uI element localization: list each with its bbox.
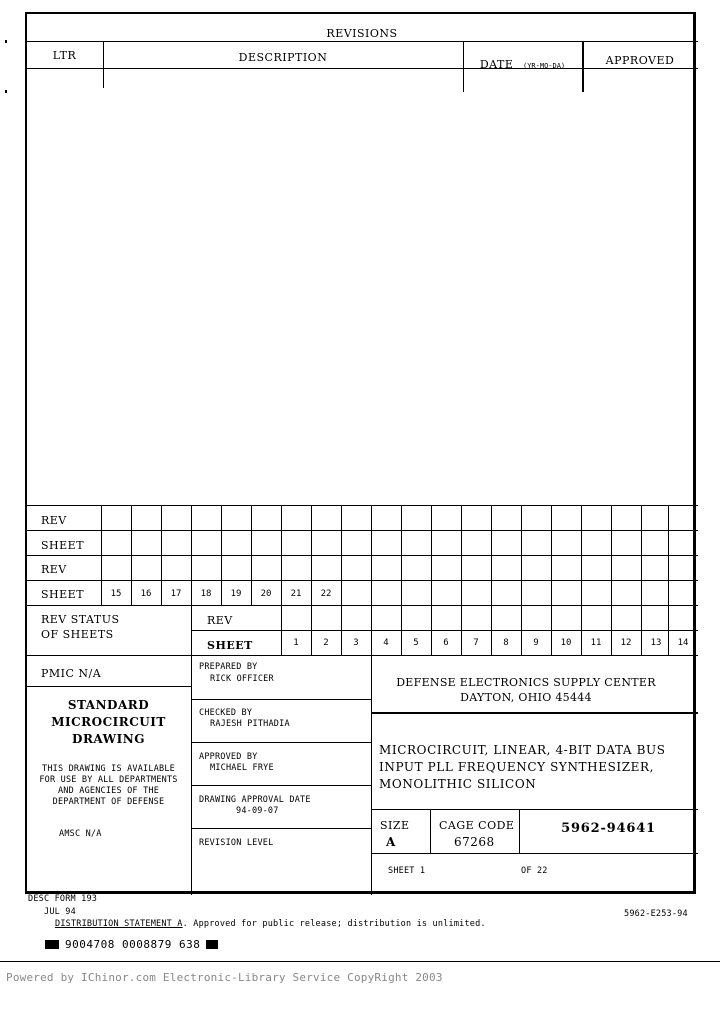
status-sheet-5: 5 bbox=[401, 638, 431, 648]
sheet-number-15: 15 bbox=[101, 589, 131, 599]
status-sheet-label: SHEET bbox=[207, 639, 253, 652]
description-divider bbox=[463, 42, 464, 92]
sheet-row-top bbox=[371, 853, 698, 854]
middle-divider bbox=[191, 785, 371, 786]
availability-line4: DEPARTMENT OF DEFENSE bbox=[26, 797, 191, 808]
drawing-title: MICROCIRCUIT, LINEAR, 4-BIT DATA BUS INP… bbox=[379, 742, 666, 793]
agency-line2: DAYTON, OHIO 45444 bbox=[371, 690, 681, 705]
cage-code-label: CAGE CODE bbox=[439, 819, 514, 832]
scan-mark bbox=[5, 40, 7, 43]
drawing-title-line2: INPUT PLL FREQUENCY SYNTHESIZER, bbox=[379, 759, 666, 776]
revisions-divider bbox=[26, 41, 698, 42]
standard-line2: MICROCIRCUIT bbox=[26, 714, 191, 731]
revision-level-label: REVISION LEVEL bbox=[199, 838, 273, 848]
status-sheet-2: 2 bbox=[311, 638, 341, 648]
sheet-number-22: 22 bbox=[311, 589, 341, 599]
rev-grid-line bbox=[26, 605, 698, 606]
status-sheet-12: 12 bbox=[611, 638, 641, 648]
sheet-number-16: 16 bbox=[131, 589, 161, 599]
agency-line1: DEFENSE ELECTRONICS SUPPLY CENTER bbox=[371, 675, 681, 690]
distribution-text: . Approved for public release; distribut… bbox=[183, 919, 486, 929]
grid-col-line bbox=[341, 505, 342, 655]
footer-separator bbox=[0, 961, 720, 962]
status-sheet-4: 4 bbox=[371, 638, 401, 648]
sheet-number-18: 18 bbox=[191, 589, 221, 599]
middle-divider bbox=[191, 699, 371, 700]
scan-mark bbox=[5, 90, 7, 93]
approval-date-label: DRAWING APPROVAL DATE bbox=[199, 795, 311, 805]
row-label-sheet-1: SHEET bbox=[41, 539, 84, 552]
sheet-number-17: 17 bbox=[161, 589, 191, 599]
grid-col-line bbox=[551, 505, 552, 655]
approved-by-label: APPROVED BY bbox=[199, 752, 258, 762]
grid-col-line bbox=[281, 505, 282, 655]
title-block-left-divider bbox=[191, 655, 192, 895]
status-sheet-10: 10 bbox=[551, 638, 581, 648]
grid-col-line bbox=[311, 505, 312, 655]
grid-col-line bbox=[611, 505, 612, 655]
sheet-number-21: 21 bbox=[281, 589, 311, 599]
sheet-total-label: OF 22 bbox=[521, 866, 548, 876]
date-divider bbox=[582, 42, 584, 92]
barcode-mark-right bbox=[206, 940, 218, 949]
middle-divider bbox=[191, 828, 371, 829]
barcode-line: 9004708 0008879 638 bbox=[45, 938, 218, 951]
rev-status-label-line2: OF SHEETS bbox=[41, 628, 114, 641]
approval-date-value: 94-09-07 bbox=[236, 806, 279, 816]
sheet-number-20: 20 bbox=[251, 589, 281, 599]
standard-line1: STANDARD bbox=[26, 697, 191, 714]
grid-col-line bbox=[431, 505, 432, 655]
powered-by-text: Powered by IChinor.com Electronic-Librar… bbox=[6, 971, 443, 984]
barcode-mark-left bbox=[45, 940, 59, 949]
prepared-by-label: PREPARED BY bbox=[199, 662, 258, 672]
grid-col-line bbox=[461, 505, 462, 655]
status-sheet-13: 13 bbox=[641, 638, 671, 648]
status-sheet-14: 14 bbox=[669, 638, 697, 648]
grid-col-line bbox=[191, 505, 192, 655]
ltr-divider bbox=[103, 42, 104, 88]
revisions-title: REVISIONS bbox=[26, 27, 698, 40]
distribution-statement: DISTRIBUTION STATEMENT A. Approved for p… bbox=[55, 919, 486, 929]
size-value: A bbox=[386, 835, 396, 849]
status-sheet-7: 7 bbox=[461, 638, 491, 648]
grid-col-line bbox=[641, 505, 642, 655]
availability-statement: THIS DRAWING IS AVAILABLE FOR USE BY ALL… bbox=[26, 764, 191, 808]
status-sheet-3: 3 bbox=[341, 638, 371, 648]
rev-grid-line bbox=[26, 555, 698, 556]
title-block-top bbox=[26, 655, 698, 656]
agency-divider bbox=[371, 712, 698, 714]
ltr-column-header: LTR bbox=[26, 49, 103, 62]
description-column-header: DESCRIPTION bbox=[103, 51, 463, 64]
row-label-rev-2: REV bbox=[41, 563, 67, 576]
size-divider bbox=[430, 809, 431, 853]
cage-code-value: 67268 bbox=[454, 835, 495, 849]
status-sheet-8: 8 bbox=[491, 638, 521, 648]
drawing-title-line3: MONOLITHIC SILICON bbox=[379, 776, 666, 793]
status-sheet-9: 9 bbox=[521, 638, 551, 648]
distribution-heading: DISTRIBUTION STATEMENT A bbox=[55, 919, 183, 929]
row-label-sheet-2: SHEET bbox=[41, 588, 84, 601]
grid-col-line bbox=[491, 505, 492, 655]
desc-form-number: DESC FORM 193 bbox=[28, 894, 97, 904]
sheet-of-label: SHEET 1 bbox=[388, 866, 425, 876]
middle-divider bbox=[191, 742, 371, 743]
rev-grid-top bbox=[26, 505, 698, 506]
size-label: SIZE bbox=[380, 819, 410, 832]
desc-form-date: JUL 94 bbox=[44, 907, 76, 917]
prepared-by-name: RICK OFFICER bbox=[210, 674, 274, 684]
rev-grid-line bbox=[26, 530, 698, 531]
status-sheet-11: 11 bbox=[581, 638, 611, 648]
availability-line3: AND AGENCIES OF THE bbox=[26, 786, 191, 797]
checked-by-label: CHECKED BY bbox=[199, 708, 252, 718]
standard-drawing-title: STANDARD MICROCIRCUIT DRAWING bbox=[26, 697, 191, 748]
date-column-header: DATE (YR-MO-DA) bbox=[463, 53, 582, 72]
agency-block: DEFENSE ELECTRONICS SUPPLY CENTER DAYTON… bbox=[371, 675, 681, 705]
grid-col-line bbox=[581, 505, 582, 655]
drawing-number: 5962-94641 bbox=[519, 821, 698, 836]
approved-column-header: APPROVED bbox=[582, 54, 698, 67]
barcode-number: 9004708 0008879 638 bbox=[65, 938, 200, 951]
rev-grid-line bbox=[26, 580, 698, 581]
status-rev-line bbox=[191, 630, 698, 631]
checked-by-name: RAJESH PITHADIA bbox=[210, 719, 290, 729]
pmic-divider bbox=[26, 686, 191, 687]
status-rev-label: REV bbox=[207, 614, 233, 627]
grid-col-line bbox=[401, 505, 402, 655]
row-label-rev-1: REV bbox=[41, 514, 67, 527]
rev-status-label-line1: REV STATUS bbox=[41, 613, 120, 626]
approved-by-name: MICHAEL FRYE bbox=[210, 763, 274, 773]
amsc-label: AMSC N/A bbox=[59, 829, 102, 839]
standard-line3: DRAWING bbox=[26, 731, 191, 748]
size-row-top bbox=[371, 809, 698, 810]
availability-line1: THIS DRAWING IS AVAILABLE bbox=[26, 764, 191, 775]
form-code: 5962-E253-94 bbox=[624, 909, 688, 919]
date-label: DATE bbox=[480, 58, 514, 71]
grid-col-line bbox=[668, 505, 669, 655]
availability-line2: FOR USE BY ALL DEPARTMENTS bbox=[26, 775, 191, 786]
pmic-label: PMIC N/A bbox=[41, 667, 101, 680]
drawing-title-line1: MICROCIRCUIT, LINEAR, 4-BIT DATA BUS bbox=[379, 742, 666, 759]
grid-col-line bbox=[371, 505, 372, 655]
revisions-header-bottom bbox=[26, 68, 698, 69]
grid-col-line bbox=[521, 505, 522, 655]
sheet-number-19: 19 bbox=[221, 589, 251, 599]
status-sheet-6: 6 bbox=[431, 638, 461, 648]
status-sheet-1: 1 bbox=[281, 638, 311, 648]
